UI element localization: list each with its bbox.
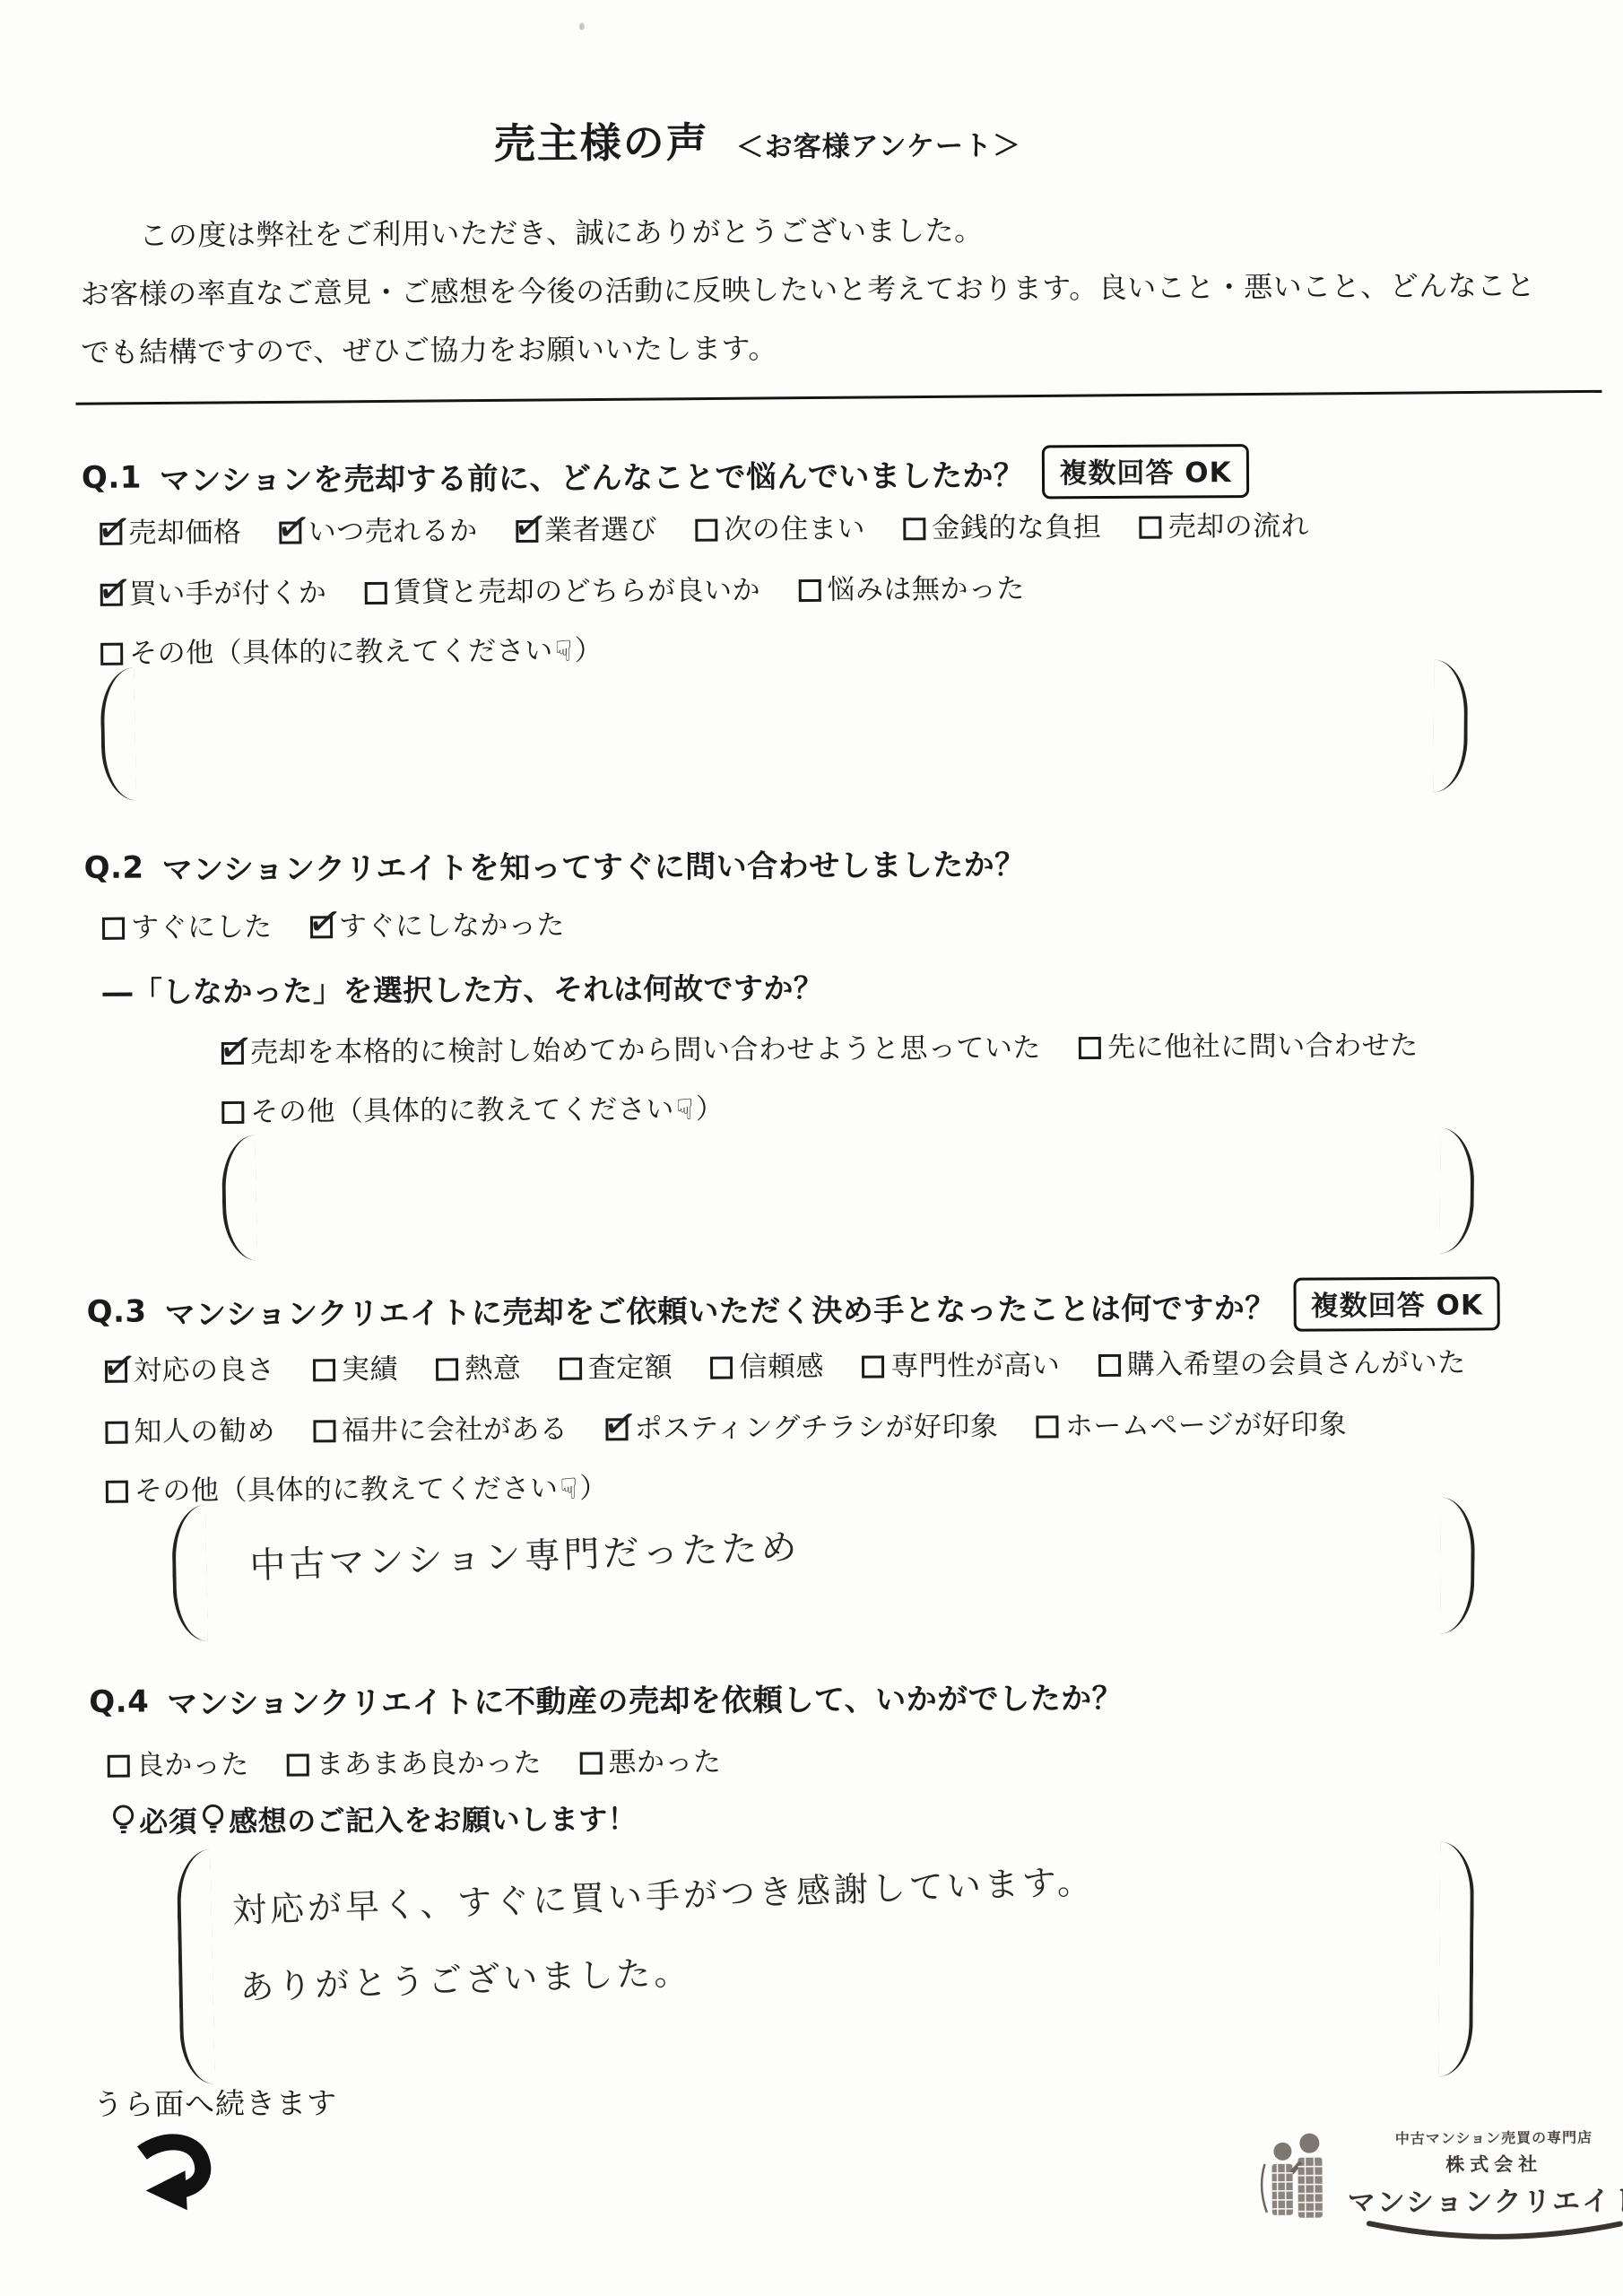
question-q2: Q.2 マンションクリエイトを知ってすぐに問い合わせしましたか？ すぐにした す… <box>83 837 1616 1276</box>
q3-options-row2: 知人の勧め 福井に会社がある ポスティングチラシが好印象 ホームページが好印象 <box>105 1401 1376 1449</box>
q4-text: マンションクリエイトに不動産の売却を依頼して、いかがでしたか？ <box>167 1674 1123 1724</box>
q3-option-website[interactable]: ホームページが好印象 <box>1037 1401 1348 1443</box>
option-label: 購入希望の会員さんがいた <box>1127 1347 1466 1381</box>
intro-line: この度は弊社をご利用いただき、誠にありがとうございました。 <box>80 198 1586 265</box>
checkbox[interactable] <box>221 1101 244 1124</box>
q2-other-row: その他（具体的に教えてください☟） <box>221 1085 752 1129</box>
q1-number: Q.1 <box>82 460 142 496</box>
option-label: ） <box>696 1093 725 1126</box>
option-label: いつ売れるか <box>308 515 478 548</box>
checkbox[interactable] <box>606 1418 629 1440</box>
option-label: その他（具体的に教えてください <box>129 635 553 670</box>
option-label: ポスティングチラシが好印象 <box>635 1411 999 1445</box>
option-label: すぐにしなかった <box>339 909 565 944</box>
option-label: 売却価格 <box>128 517 241 550</box>
option-label: 賃貸と売却のどちらが良いか <box>394 574 761 609</box>
option-label: 金銭的な負担 <box>932 511 1101 544</box>
q4-number: Q.4 <box>89 1683 149 1719</box>
page-title: 売主様の声 <box>493 110 708 170</box>
q1-option-agent[interactable]: 業者選び <box>516 507 657 548</box>
section-divider <box>75 390 1601 405</box>
logo-text: 中古マンション売買の専門店 株式会社 マンションクリエイト <box>1347 2126 1623 2243</box>
checkbox[interactable] <box>100 584 123 606</box>
option-label: 信頼感 <box>739 1351 824 1384</box>
q1-options-row1: 売却価格 いつ売れるか 業者選び 次の住まい 金銭的な負担 売却の流れ <box>100 502 1338 550</box>
checkbox[interactable] <box>100 523 122 545</box>
q3-option-track-record[interactable]: 実績 <box>313 1346 398 1387</box>
q3-option-expertise[interactable]: 専門性が高い <box>862 1342 1060 1383</box>
option-label: 知人の勧め <box>134 1415 275 1448</box>
option-label: すぐにした <box>131 911 273 944</box>
q3-option-other[interactable]: その他（具体的に教えてください☟） <box>106 1465 608 1508</box>
answer-box-left-bracket <box>221 1135 257 1262</box>
q2-sub-options-row: 売却を本格的に検討し始めてから問い合わせようと思っていた 先に他社に問い合わせた <box>221 1022 1447 1070</box>
q3-option-response[interactable]: 対応の良さ <box>105 1347 275 1388</box>
checkbox[interactable] <box>903 517 925 540</box>
checkbox[interactable] <box>1079 1037 1101 1059</box>
answer-box-right-bracket <box>1438 1841 1474 2076</box>
q2-heading: Q.2 マンションクリエイトを知ってすぐに問い合わせしましたか？ <box>83 840 1025 890</box>
checkbox[interactable] <box>100 643 123 665</box>
q3-option-member-buyer[interactable]: 購入希望の会員さんがいた <box>1098 1340 1466 1383</box>
q1-option-rent-or-sell[interactable]: 賃貸と売却のどちらが良いか <box>364 567 760 610</box>
option-label: 売却の流れ <box>1168 510 1310 544</box>
answer-box-left-bracket <box>171 1505 208 1642</box>
q3-heading: Q.3 マンションクリエイトに売却をご依頼いただく決め手となったことは何ですか？… <box>86 1276 1500 1339</box>
checkbox[interactable] <box>108 1755 130 1778</box>
q4-required-note: 必須 感想のご記入をお願いします！ <box>108 1796 637 1841</box>
checkbox[interactable] <box>1140 517 1162 539</box>
q3-option-trust[interactable]: 信頼感 <box>710 1344 824 1385</box>
q4-option-bad[interactable]: 悪かった <box>579 1739 721 1780</box>
option-label: 実績 <box>342 1353 398 1386</box>
option-label: 次の住まい <box>724 513 865 546</box>
q3-other-row: その他（具体的に教えてください☟） <box>106 1465 637 1509</box>
multi-answer-badge: 複数回答 OK <box>1042 444 1249 499</box>
q1-other-row: その他（具体的に教えてください☟） <box>100 627 631 671</box>
option-label: 査定額 <box>588 1352 673 1385</box>
lightbulb-icon <box>201 1804 225 1836</box>
q1-heading: Q.1 マンションを売却する前に、どんなことで悩んでいましたか？ 複数回答 OK <box>82 444 1249 505</box>
q2-text: マンションクリエイトを知ってすぐに問い合わせしましたか？ <box>161 840 1025 890</box>
checkbox[interactable] <box>105 1422 127 1444</box>
answer-box-left-bracket <box>100 667 136 801</box>
q1-text: マンションを売却する前に、どんなことで悩んでいましたか？ <box>160 450 1025 500</box>
option-label: 良かった <box>136 1749 249 1782</box>
page-turn-arrow-icon <box>131 2131 218 2222</box>
q2-option-waited[interactable]: 売却を本格的に検討し始めてから問い合わせようと思っていた <box>221 1024 1041 1070</box>
q2-option-other-company-first[interactable]: 先に他社に問い合わせた <box>1079 1022 1419 1065</box>
company-logo: 中古マンション売買の専門店 株式会社 マンションクリエイト <box>1255 2126 1623 2244</box>
logo-people-buildings-icon <box>1255 2127 1339 2229</box>
checkbox[interactable] <box>310 916 333 938</box>
option-label: ） <box>579 1472 608 1504</box>
q1-option-flow[interactable]: 売却の流れ <box>1139 503 1309 544</box>
q2-answer-box[interactable] <box>221 1127 1474 1261</box>
logo-swoosh-underline <box>1360 2218 1623 2243</box>
option-label: 熱意 <box>464 1352 521 1385</box>
q1-option-no-worry[interactable]: 悩みは無かった <box>798 566 1025 608</box>
q1-option-buyer[interactable]: 買い手が付くか <box>100 570 327 612</box>
checkbox[interactable] <box>105 1361 127 1383</box>
q1-answer-box[interactable] <box>100 660 1468 801</box>
point-down-hand-icon: ☟ <box>676 1092 694 1126</box>
scan-artifact <box>579 23 585 30</box>
intro-line: でも結構ですので、ぜひご協力をお願いいたします。 <box>81 315 1587 382</box>
q3-option-flyer[interactable]: ポスティングチラシが好印象 <box>606 1404 999 1447</box>
q2-number: Q.2 <box>84 849 144 885</box>
q1-option-other[interactable]: その他（具体的に教えてください☟） <box>100 627 603 670</box>
q1-options-row2: 買い手が付くか 賃貸と売却のどちらが良いか 悩みは無かった <box>100 565 1054 611</box>
checkbox[interactable] <box>560 1358 582 1380</box>
checkbox[interactable] <box>106 1481 128 1503</box>
logo-company-type: 株式会社 <box>1445 2150 1542 2178</box>
continue-on-back-text: うら面へ続きます <box>93 2080 337 2124</box>
option-label: その他（具体的に教えてください <box>250 1093 674 1128</box>
q2-option-other[interactable]: その他（具体的に教えてください☟） <box>221 1086 724 1129</box>
answer-box-left-bracket <box>177 1849 215 2085</box>
required-text: 感想のご記入をお願いします！ <box>229 1796 637 1840</box>
q3-handwritten-answer: 中古マンション専門だったため <box>249 1519 802 1589</box>
option-label: 対応の良さ <box>134 1354 275 1387</box>
q3-answer-box[interactable]: 中古マンション専門だったため <box>172 1497 1475 1641</box>
q1-option-next-home[interactable]: 次の住まい <box>695 506 865 547</box>
option-label: その他（具体的に教えてください <box>135 1473 559 1508</box>
q3-option-fukui-office[interactable]: 福井に会社がある <box>313 1406 568 1448</box>
q3-option-appraisal[interactable]: 査定額 <box>559 1344 673 1386</box>
checkbox[interactable] <box>1037 1415 1059 1438</box>
q2-option-not-immediately[interactable]: すぐにしなかった <box>310 902 565 944</box>
checkbox[interactable] <box>287 1753 309 1776</box>
option-label: ホームページが好印象 <box>1065 1408 1348 1442</box>
q1-option-when[interactable]: いつ売れるか <box>280 508 478 549</box>
checkbox[interactable] <box>710 1357 733 1379</box>
question-q3: Q.3 マンションクリエイトに売却をご依頼いただく決め手となったことは何ですか？… <box>86 1276 1619 1662</box>
intro-paragraph: この度は弊社をご利用いただき、誠にありがとうございました。 お客様の率直なご意見… <box>80 198 1587 382</box>
answer-box-right-bracket <box>1439 1127 1474 1253</box>
lightbulb-icon <box>111 1805 135 1837</box>
q2-sub-question: ―「しなかった」を選択した方、それは何故ですか？ <box>102 965 823 1012</box>
q3-option-friend[interactable]: 知人の勧め <box>105 1408 275 1449</box>
checkbox[interactable] <box>102 918 125 940</box>
q3-option-enthusiasm[interactable]: 熱意 <box>436 1345 521 1387</box>
multi-answer-badge: 複数回答 OK <box>1294 1276 1501 1331</box>
survey-sheet: 売主様の声 ＜お客様アンケート＞ この度は弊社をご利用いただき、誠にありがとうご… <box>0 0 1623 2296</box>
answer-box-right-bracket <box>1440 1497 1475 1633</box>
scanned-page: 売主様の声 ＜お客様アンケート＞ この度は弊社をご利用いただき、誠にありがとうご… <box>0 0 1623 2296</box>
checkbox[interactable] <box>798 579 820 602</box>
answer-box-right-bracket <box>1433 659 1468 792</box>
checkbox[interactable] <box>1098 1354 1121 1377</box>
q1-option-money[interactable]: 金銭的な負担 <box>903 504 1101 545</box>
q3-number: Q.3 <box>87 1294 147 1330</box>
q4-option-good[interactable]: 良かった <box>108 1742 249 1783</box>
option-label: まあまあ良かった <box>316 1747 542 1781</box>
checkbox[interactable] <box>313 1359 335 1381</box>
checkbox[interactable] <box>695 519 717 542</box>
checkbox[interactable] <box>365 582 387 604</box>
option-label: ） <box>575 634 603 666</box>
q4-options-row: 良かった まあまあ良かった 悪かった <box>108 1738 751 1782</box>
checkbox[interactable] <box>436 1358 458 1380</box>
q4-handwritten-line1: 対応が早く、すぐに買い手がつき感謝しています。 <box>231 1854 1096 1933</box>
required-word: 必須 <box>139 1799 197 1840</box>
point-down-hand-icon: ☟ <box>555 634 573 668</box>
intro-line: お客様の率直なご意見・ご感想を今後の活動に反映したいと考えております。良いこと・… <box>81 257 1587 324</box>
option-label: 悪かった <box>608 1746 721 1779</box>
page-subtitle: ＜お客様アンケート＞ <box>736 123 1021 165</box>
checkbox[interactable] <box>516 520 538 543</box>
option-label: 福井に会社がある <box>342 1413 568 1448</box>
checkbox[interactable] <box>579 1752 602 1774</box>
q4-option-okay[interactable]: まあまあ良かった <box>287 1740 542 1782</box>
q3-text: マンションクリエイトに売却をご依頼いただく決め手となったことは何ですか？ <box>164 1283 1275 1334</box>
option-label: 売却を本格的に検討し始めてから問い合わせようと思っていた <box>250 1031 1041 1068</box>
checkbox[interactable] <box>221 1042 244 1065</box>
q3-options-row1: 対応の良さ 実績 熱意 査定額 信頼感 専門性が高い 購入希望の会員さんがいた <box>105 1339 1495 1387</box>
checkbox[interactable] <box>313 1420 335 1442</box>
option-label: 悩みは無かった <box>827 573 1025 606</box>
page-title-row: 売主様の声 ＜お客様アンケート＞ <box>493 109 1021 171</box>
option-label: 先に他社に問い合わせた <box>1107 1030 1419 1064</box>
question-q4: Q.4 マンションクリエイトに不動産の売却を依頼して、いかがでしたか？ 良かった… <box>89 1671 1621 2101</box>
option-label: 専門性が高い <box>890 1349 1060 1382</box>
q2-options-row1: すぐにした すぐにしなかった <box>102 901 594 944</box>
logo-company-name: マンションクリエイト <box>1348 2178 1623 2220</box>
q4-heading: Q.4 マンションクリエイトに不動産の売却を依頼して、いかがでしたか？ <box>89 1674 1123 1724</box>
logo-tagline: 中古マンション売買の専門店 <box>1395 2126 1593 2148</box>
q4-handwritten-line2: ありがとうございました。 <box>239 1944 692 2009</box>
option-label: 業者選び <box>544 514 657 547</box>
question-q1: Q.1 マンションを売却する前に、どんなことで悩んでいましたか？ 複数回答 OK… <box>82 442 1613 810</box>
option-label: 買い手が付くか <box>129 577 327 610</box>
checkbox[interactable] <box>280 521 302 544</box>
q2-option-immediately[interactable]: すぐにした <box>102 904 273 945</box>
q4-answer-box[interactable]: 対応が早く、すぐに買い手がつき感謝しています。 ありがとうございました。 <box>178 1842 1474 2085</box>
q1-option-price[interactable]: 売却価格 <box>100 509 241 551</box>
point-down-hand-icon: ☟ <box>560 1472 577 1506</box>
checkbox[interactable] <box>862 1356 884 1378</box>
